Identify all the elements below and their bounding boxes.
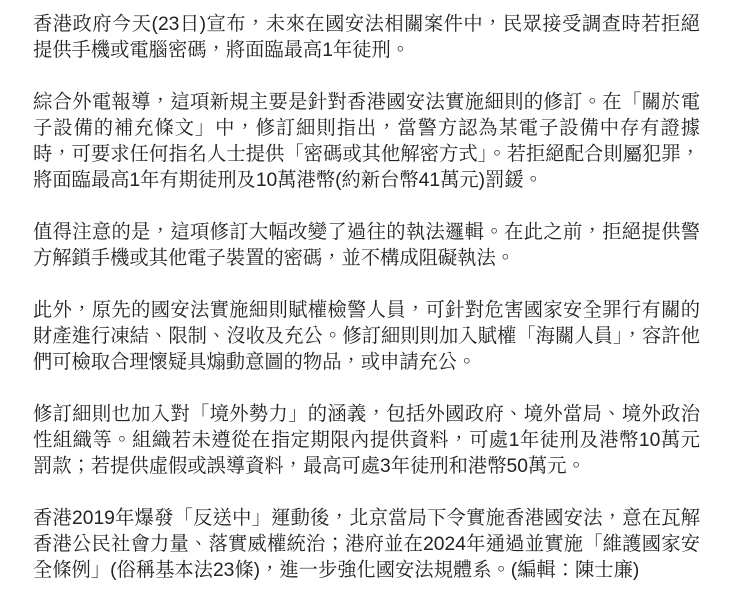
article-paragraph-1: 香港政府今天(23日)宣布，未來在國安法相關案件中，民眾接受調查時若拒絕提供手機… [33, 12, 700, 64]
article-body: 香港政府今天(23日)宣布，未來在國安法相關案件中，民眾接受調查時若拒絕提供手機… [0, 0, 740, 611]
article-paragraph-3: 值得注意的是，這項修訂大幅改變了過往的執法邏輯。在此之前，拒絕提供警方解鎖手機或… [33, 220, 700, 272]
article-paragraph-4: 此外，原先的國安法實施細則賦權檢警人員，可針對危害國家安全罪行有關的財產進行凍結… [33, 298, 700, 376]
article-paragraph-2: 綜合外電報導，這項新規主要是針對香港國安法實施細則的修訂。在「關於電子設備的補充… [33, 90, 700, 194]
article-paragraph-6: 香港2019年爆發「反送中」運動後，北京當局下令實施香港國安法，意在瓦解香港公民… [33, 506, 700, 584]
article-paragraph-5: 修訂細則也加入對「境外勢力」的涵義，包括外國政府、境外當局、境外政治性組織等。組… [33, 402, 700, 480]
